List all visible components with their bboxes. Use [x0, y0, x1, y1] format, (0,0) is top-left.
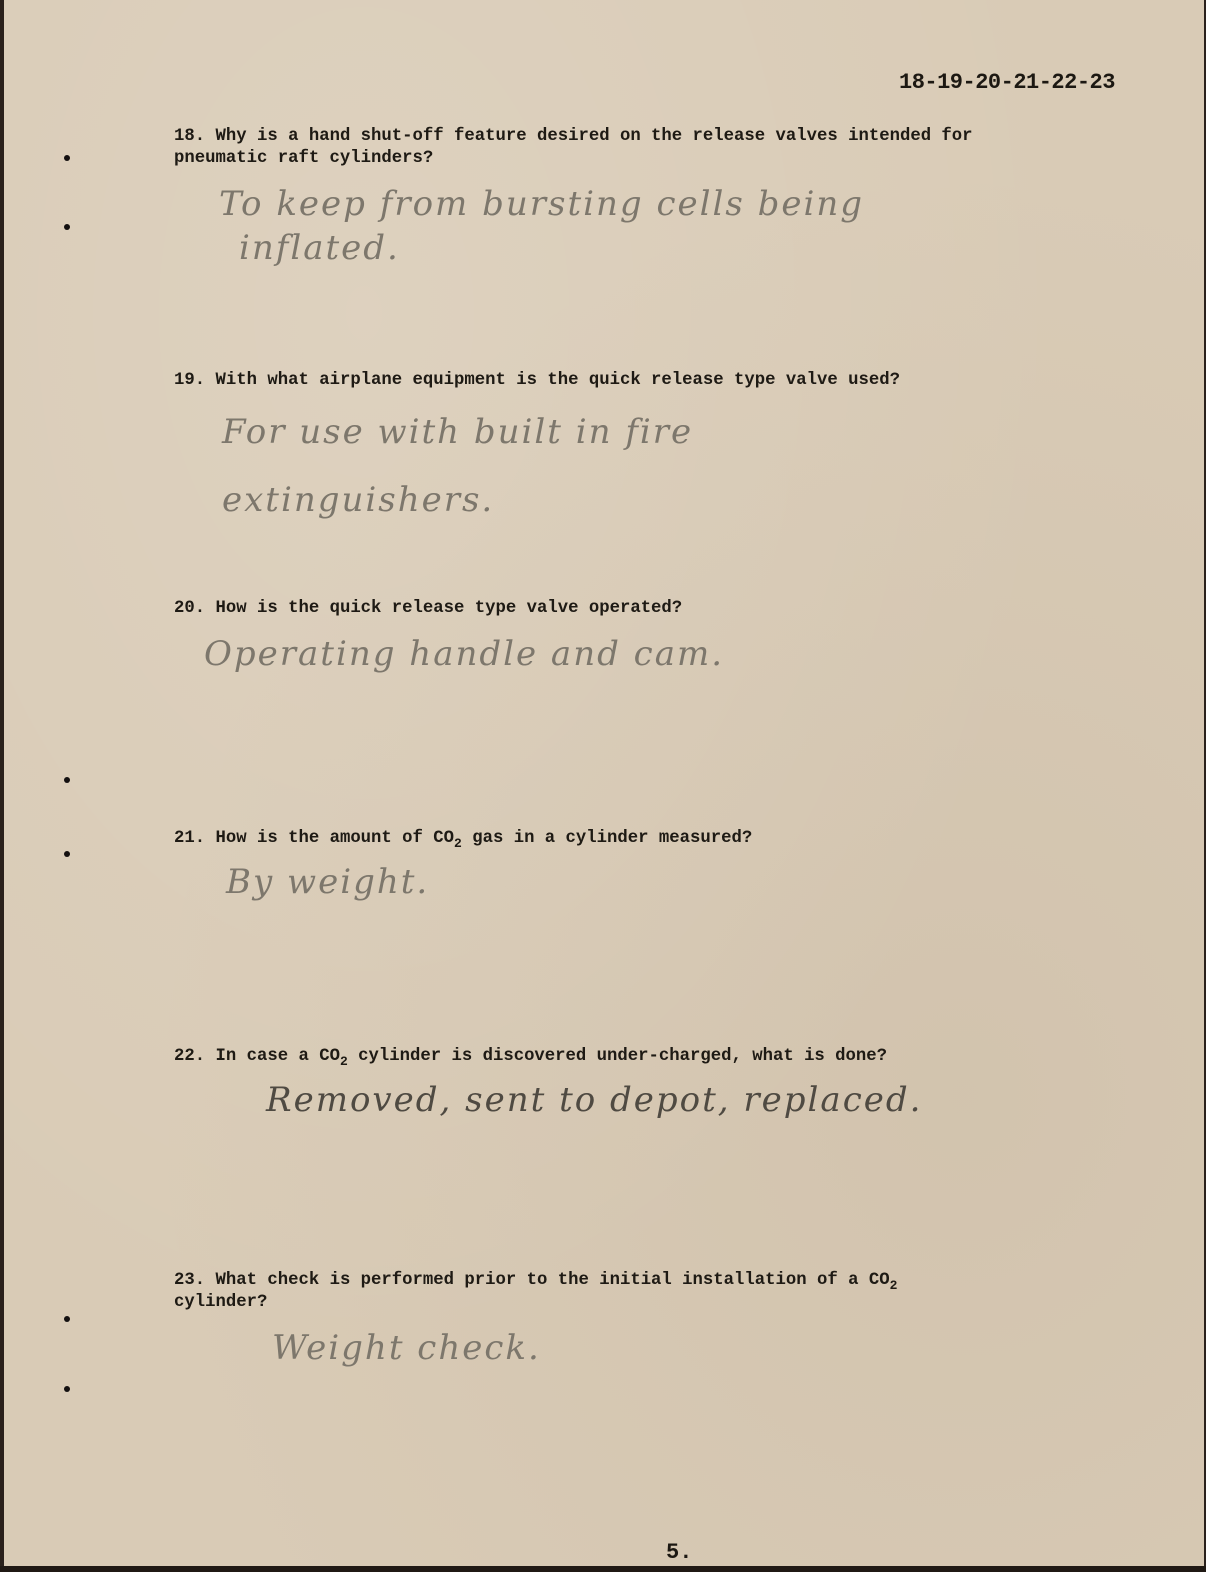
- question-18: 18. Why is a hand shut-off feature desir…: [174, 126, 1154, 170]
- subscript: 2: [454, 836, 462, 851]
- question-23: 23. What check is performed prior to the…: [174, 1270, 1154, 1314]
- question-22: 22. In case a CO2 cylinder is discovered…: [174, 1046, 1154, 1068]
- question-text: cylinder?: [174, 1293, 267, 1312]
- question-number: 19.: [174, 371, 205, 390]
- binder-hole: [64, 224, 70, 230]
- question-number: 22.: [174, 1047, 205, 1066]
- question-text: How is the amount of CO: [216, 829, 455, 848]
- binder-hole: [64, 1316, 70, 1322]
- page-number: 5.: [666, 1540, 692, 1565]
- answer-21: By weight.: [226, 860, 429, 904]
- binder-hole: [64, 851, 70, 857]
- question-text: In case a CO: [216, 1047, 340, 1066]
- question-number: 18.: [174, 127, 205, 146]
- binder-hole: [64, 155, 70, 161]
- answer-20: Operating handle and cam.: [204, 632, 724, 676]
- answer-18-line-1: To keep from bursting cells being: [219, 182, 864, 226]
- question-text: Why is a hand shut-off feature desired o…: [174, 127, 973, 168]
- question-text: How is the quick release type valve oper…: [216, 599, 683, 618]
- answer-19-line-2: extinguishers.: [222, 478, 494, 522]
- page-edge: [0, 1566, 1206, 1572]
- answer-19-line-1: For use with built in fire: [222, 410, 693, 454]
- question-number: 21.: [174, 829, 205, 848]
- answer-22: Removed, sent to depot, replaced.: [266, 1078, 922, 1122]
- subscript: 2: [340, 1054, 348, 1069]
- question-number: 20.: [174, 599, 205, 618]
- question-text: What check is performed prior to the ini…: [216, 1271, 890, 1290]
- answer-23: Weight check.: [272, 1326, 541, 1370]
- question-21: 21. How is the amount of CO2 gas in a cy…: [174, 828, 1154, 850]
- binder-hole: [64, 777, 70, 783]
- question-text: gas in a cylinder measured?: [462, 829, 752, 848]
- subscript: 2: [890, 1278, 898, 1293]
- document-page: 18-19-20-21-22-23 18. Why is a hand shut…: [4, 0, 1204, 1566]
- binder-hole: [64, 1386, 70, 1392]
- question-text: cylinder is discovered under-charged, wh…: [348, 1047, 887, 1066]
- page-reference-numbers: 18-19-20-21-22-23: [899, 70, 1115, 95]
- question-text: With what airplane equipment is the quic…: [216, 371, 900, 390]
- question-19: 19. With what airplane equipment is the …: [174, 370, 1154, 392]
- answer-18-line-2: inflated.: [239, 226, 400, 270]
- question-20: 20. How is the quick release type valve …: [174, 598, 1154, 620]
- question-number: 23.: [174, 1271, 205, 1290]
